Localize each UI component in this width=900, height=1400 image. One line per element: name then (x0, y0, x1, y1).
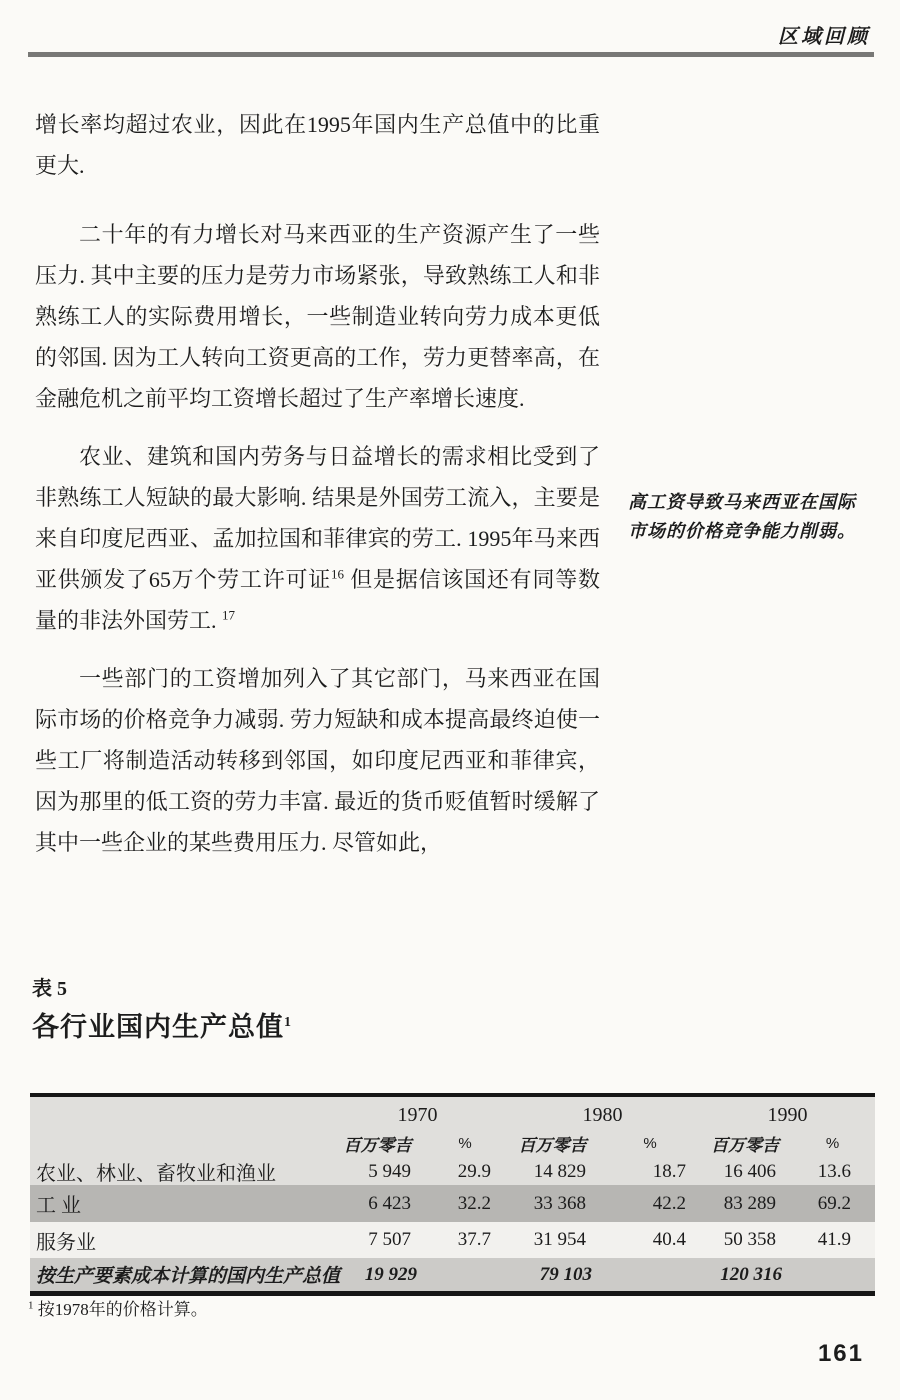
cell-value: 83 289 (700, 1193, 790, 1215)
page-number: 161 (818, 1340, 864, 1368)
cell-value: 16 406 (700, 1161, 790, 1183)
table-unit-header-row: 百万零吉 % 百万零吉 % 百万零吉 % (30, 1129, 875, 1157)
cell-value: 69.2 (790, 1193, 875, 1215)
footnote-text: 按1978年的价格计算。 (34, 1300, 208, 1319)
body-text-column: 增长率均超过农业，因此在1995年国内生产总值中的比重更大. 二十年的有力增长对… (35, 104, 600, 863)
paragraph-4: 一些部门的工资增加列入了其它部门，马来西亚在国际市场的价格竞争力减弱. 劳力短缺… (35, 658, 600, 863)
year-column-1970: 1970 (330, 1104, 505, 1127)
table-row-industry: 工 业 6 423 32.2 33 368 42.2 83 289 69.2 (30, 1185, 875, 1222)
header-rule (28, 52, 874, 57)
cell-value: 33 368 (505, 1193, 600, 1215)
total-value-1990: 120 316 (700, 1264, 790, 1286)
footnote-ref-16: 16 (331, 567, 344, 582)
cell-value: 37.7 (425, 1229, 505, 1251)
cell-value: 50 358 (700, 1229, 790, 1251)
cell-value: 42.2 (600, 1193, 700, 1215)
percent-label-1980: % (600, 1135, 700, 1152)
gdp-table: 1970 1980 1990 百万零吉 % 百万零吉 % 百万零吉 % 农业、林… (30, 1093, 875, 1296)
year-column-1990: 1990 (700, 1104, 875, 1127)
cell-value: 40.4 (600, 1229, 700, 1251)
table-row-agriculture: 农业、林业、畜牧业和渔业 5 949 29.9 14 829 18.7 16 4… (30, 1157, 875, 1185)
total-row-label: 按生产要素成本计算的国内生产总值 (30, 1261, 330, 1288)
row-label: 农业、林业、畜牧业和渔业 (30, 1157, 330, 1186)
cell-value: 41.9 (790, 1229, 875, 1251)
paragraph-1: 增长率均超过农业，因此在1995年国内生产总值中的比重更大. (35, 104, 600, 186)
cell-value: 32.2 (425, 1193, 505, 1215)
cell-value: 5 949 (330, 1161, 425, 1183)
table-footnote: 1 按1978年的价格计算。 (28, 1295, 208, 1320)
margin-note: 高工资导致马来西亚在国际市场的价格竞争能力削弱。 (628, 488, 870, 546)
table-title-text: 各行业国内生产总值 (32, 1012, 284, 1042)
year-column-1980: 1980 (505, 1104, 700, 1127)
scanned-document-page: 区域回顾 增长率均超过农业，因此在1995年国内生产总值中的比重更大. 二十年的… (0, 0, 900, 1400)
cell-value: 6 423 (330, 1193, 425, 1215)
unit-label-1990: 百万零吉 (700, 1131, 790, 1156)
total-value-1970: 19 929 (330, 1264, 425, 1286)
running-head: 区域回顾 (778, 20, 870, 49)
table-title-footnote-ref: 1 (284, 1015, 292, 1030)
paragraph-3: 农业、建筑和国内劳务与日益增长的需求相比受到了非熟练工人短缺的最大影响. 结果是… (35, 436, 600, 641)
row-label: 工 业 (30, 1189, 330, 1218)
cell-value: 31 954 (505, 1229, 600, 1251)
table-row-gdp-total: 按生产要素成本计算的国内生产总值 19 929 79 103 120 316 (30, 1258, 875, 1291)
percent-label-1990: % (790, 1135, 875, 1152)
row-label: 服务业 (30, 1226, 330, 1255)
cell-value: 18.7 (600, 1161, 700, 1183)
table-title: 各行业国内生产总值1 (32, 1005, 292, 1044)
footnote-ref-17: 17 (222, 608, 235, 623)
cell-value: 14 829 (505, 1161, 600, 1183)
table-number-label: 表 5 (32, 972, 67, 1001)
total-value-1980: 79 103 (505, 1264, 600, 1286)
unit-label-1980: 百万零吉 (505, 1131, 600, 1156)
cell-value: 29.9 (425, 1161, 505, 1183)
percent-label-1970: % (425, 1135, 505, 1152)
cell-value: 13.6 (790, 1161, 875, 1183)
table-row-services: 服务业 7 507 37.7 31 954 40.4 50 358 41.9 (30, 1222, 875, 1258)
paragraph-2: 二十年的有力增长对马来西亚的生产资源产生了一些压力. 其中主要的压力是劳力市场紧… (35, 214, 600, 419)
table-year-header-row: 1970 1980 1990 (30, 1097, 875, 1129)
unit-label-1970: 百万零吉 (330, 1131, 425, 1156)
cell-value: 7 507 (330, 1229, 425, 1251)
